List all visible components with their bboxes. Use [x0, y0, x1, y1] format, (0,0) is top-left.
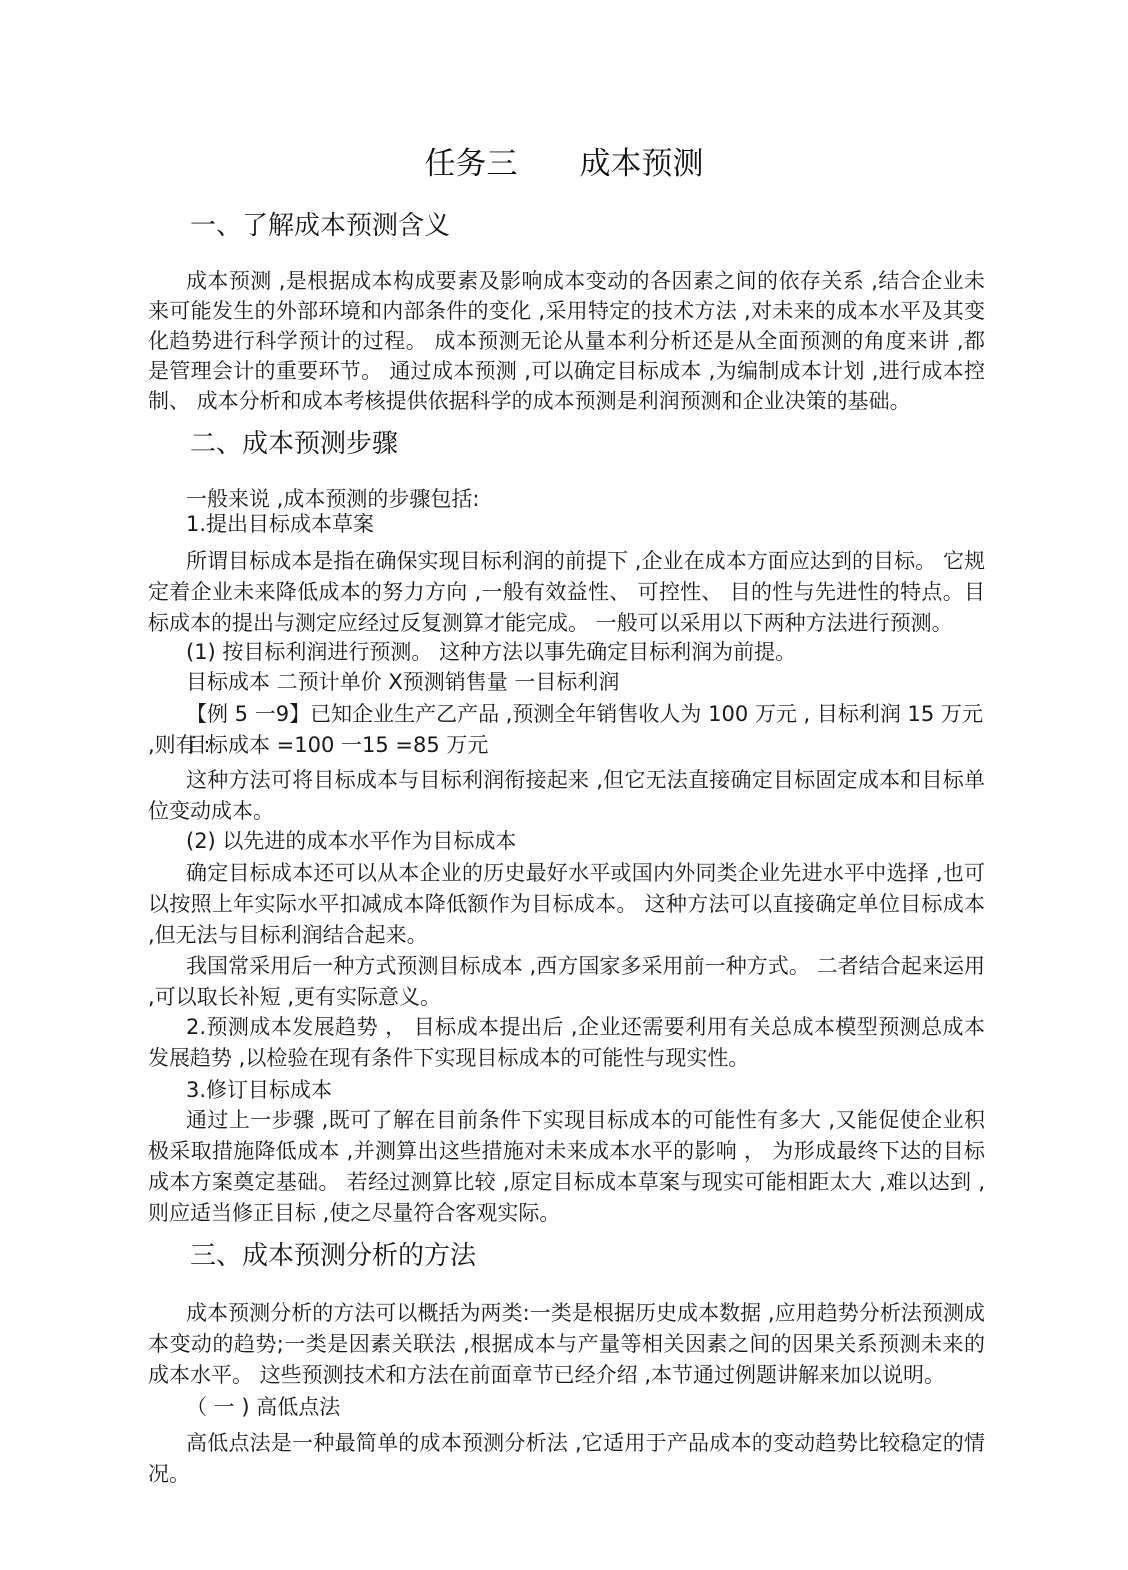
line-step-1: 1.提出目标成本草案: [148, 509, 985, 540]
paragraph-analysis-methods: 成本预测分析的方法可以概括为两类:一类是根据历史成本数据 ,应用趋势分析法预测成…: [148, 1298, 985, 1391]
paragraph-step-2-trend: 2.预测成本发展趋势 ， 目标成本提出后 ,企业还需要利用有关总成本模型预测总成…: [148, 1012, 985, 1074]
line-example-calculation: 目标成本 =100 一15 =85 万元: [148, 730, 985, 761]
line-method-2: (2) 以先进的成本水平作为目标成本: [148, 826, 985, 857]
paragraph-china-vs-west: 我国常采用后一种方式预测目标成本 ,西方国家多采用前一种方式。 二者结合起来运用…: [148, 951, 985, 1013]
document-page: 任务三 成本预测 一、了解成本预测含义 成本预测 ,是根据成本构成要素及影响成本…: [0, 0, 1128, 1570]
document-title: 任务三 成本预测: [0, 145, 1128, 183]
paragraph-high-low-method: 高低点法是一种最简单的成本预测分析法 ,它适用于产品成本的变动趋势比较稳定的情况…: [148, 1428, 985, 1490]
section-heading-3: 三、成本预测分析的方法: [190, 1240, 1028, 1273]
paragraph-advanced-cost-level: 确定目标成本还可以从本企业的历史最好水平或国内外同类企业先进水平中选择 ,也可以…: [148, 858, 985, 951]
line-formula-target-cost: 目标成本 二预计单价 X预测销售量 一目标利润: [148, 667, 985, 698]
paragraph-method1-limitation: 这种方法可将目标成本与目标利润衔接起来 ,但它无法直接确定目标固定成本和目标单位…: [148, 765, 985, 827]
line-step-3: 3.修订目标成本: [148, 1075, 985, 1106]
paragraph-revise-target-cost: 通过上一步骤 ,既可了解在目前条件下实现目标成本的可能性有多大 ,又能促使企业积…: [148, 1105, 985, 1229]
paragraph-cost-forecast-meaning: 成本预测 ,是根据成本构成要素及影响成本变动的各因素之间的依存关系 ,结合企业未…: [148, 266, 985, 416]
section-heading-1: 一、了解成本预测含义: [190, 210, 1028, 243]
line-method-1: (1) 按目标利润进行预测。 这种方法以事先确定目标利润为前提。: [148, 637, 985, 668]
section-heading-2: 二、成本预测步骤: [190, 428, 1028, 461]
line-high-low-method-heading: （ 一 ) 高低点法: [148, 1392, 985, 1423]
paragraph-target-cost-definition: 所谓目标成本是指在确保实现目标利润的前提下 ,企业在成本方面应达到的目标。 它规…: [148, 546, 985, 639]
